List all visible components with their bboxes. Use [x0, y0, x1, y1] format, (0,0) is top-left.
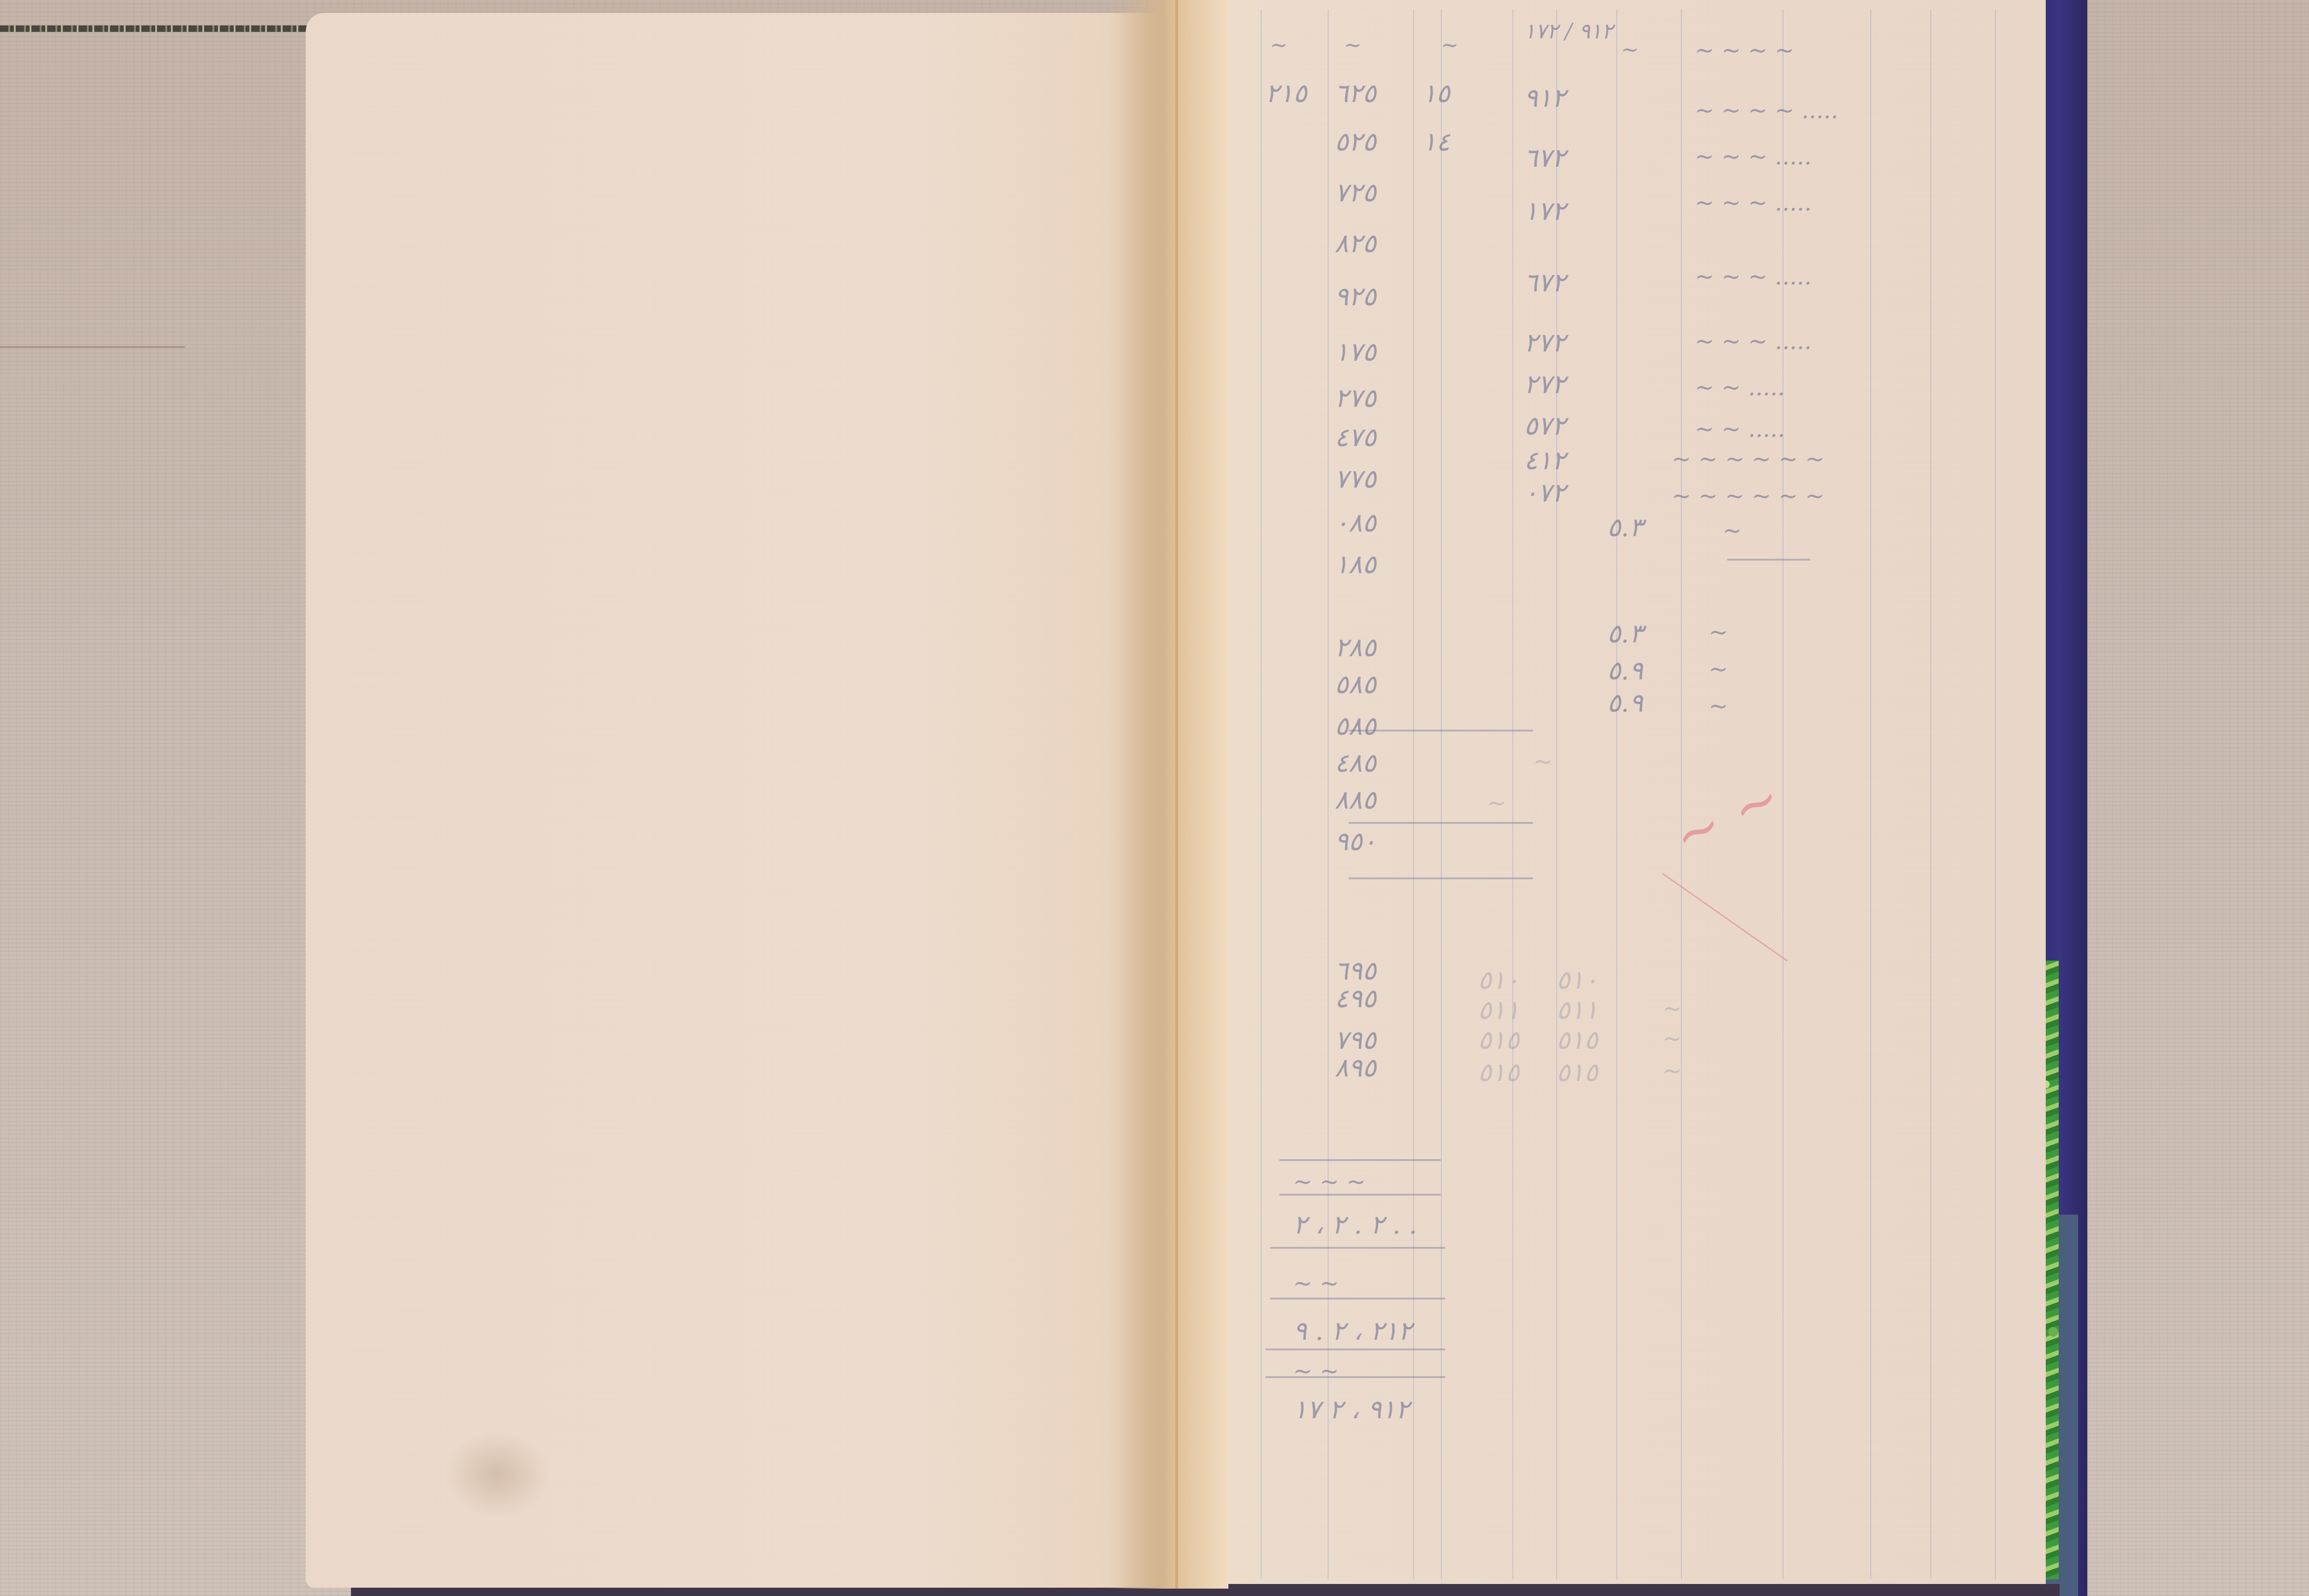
- column-rule: [1995, 9, 1996, 1579]
- cell: ٧٢٥: [1335, 178, 1376, 208]
- summary-value: ٩١٢ ، ٢ ١٧: [1293, 1395, 1409, 1425]
- cell: ٩٥٠: [1335, 827, 1376, 857]
- cell: ~: [1723, 517, 1742, 544]
- cell: ٥.٣: [1607, 619, 1643, 649]
- cell: ٩٢٥: [1335, 282, 1376, 312]
- cell: ١٧٢: [1524, 196, 1566, 226]
- summary-rule: [1270, 1298, 1445, 1300]
- gutter-fold: [1175, 0, 1178, 1589]
- cell: ..... ~ ~ ~: [1695, 143, 1812, 170]
- cell: ٥١٥: [1478, 1025, 1519, 1055]
- cell: ٢٧٢: [1524, 328, 1566, 358]
- column-rule: [1783, 9, 1783, 1579]
- cell: ٦٧٢: [1524, 268, 1566, 298]
- cell: ~: [1487, 790, 1506, 816]
- cell: ~: [1709, 619, 1728, 646]
- section-rule: [1348, 822, 1533, 824]
- cell: ..... ~ ~: [1695, 374, 1785, 401]
- cell: ١٨٥: [1335, 550, 1376, 580]
- cell: ١٥: [1422, 79, 1450, 109]
- cell: ٥١٥: [1478, 1058, 1519, 1088]
- header-description: ~ ~ ~ ~: [1695, 37, 1794, 64]
- cell: ٤٨٥: [1335, 748, 1376, 778]
- cell: ~: [1662, 1025, 1682, 1052]
- cell: ٠٨٥: [1335, 508, 1376, 538]
- cell: ٧٧٥: [1335, 464, 1376, 494]
- header-col-4: ٩١٢ / ١٧٢: [1524, 18, 1613, 43]
- ledger-table: ~ ~ ~ ٩١٢ / ١٧٢ ~ ~ ~ ~ ~ ٢١٥ ٦٢٥ ١٥ ٩١٢…: [1256, 9, 2050, 1579]
- column-rule: [1413, 9, 1414, 1579]
- cell: ٥١٠: [1556, 965, 1598, 995]
- underline: [1727, 559, 1810, 561]
- column-rule: [1512, 9, 1513, 1579]
- cell: ٦٩٥: [1335, 956, 1376, 986]
- left-page: [306, 13, 1165, 1588]
- cell: ..... ~ ~ ~: [1695, 328, 1812, 355]
- column-rule: [1556, 9, 1557, 1579]
- section-rule: [1348, 730, 1533, 731]
- cell: ~: [1662, 1058, 1682, 1084]
- cell: ٢٧٥: [1335, 383, 1376, 413]
- cell: ~ ~ ~ ~ ~ ~: [1672, 483, 1825, 509]
- summary-rule: [1265, 1348, 1445, 1350]
- header-col-3: ~: [1441, 32, 1459, 57]
- header-col-5: ~: [1621, 37, 1639, 62]
- cell: ٧٩٥: [1335, 1025, 1376, 1055]
- cell: ٦٧٢: [1524, 143, 1566, 173]
- cell: ٨٢٥: [1335, 229, 1376, 259]
- cell: ~: [1662, 995, 1682, 1022]
- cell: ٠٧٢: [1524, 478, 1566, 508]
- book-gutter: [1108, 0, 1228, 1589]
- summary-label: ~ ~: [1293, 1358, 1339, 1384]
- summary-rule: [1270, 1247, 1445, 1249]
- stain: [444, 1431, 550, 1518]
- header-col-1: ~: [1270, 32, 1288, 57]
- cell: ١٧٥: [1335, 337, 1376, 367]
- summary-value: ٢١٢ ، ٢ . ٩: [1293, 1316, 1412, 1346]
- summary-rule: [1279, 1159, 1441, 1161]
- cell: ٢٨٥: [1335, 633, 1376, 663]
- column-rule: [1930, 9, 1931, 1579]
- cell: ١٤: [1422, 127, 1450, 157]
- cell: ٥.٩: [1607, 688, 1643, 718]
- cell: ٥١١: [1556, 995, 1598, 1025]
- cell: ٥٧٢: [1524, 411, 1566, 441]
- cell: ..... ~ ~ ~ ~: [1695, 97, 1838, 124]
- section-rule: [1348, 877, 1533, 879]
- column-rule: [1681, 9, 1682, 1579]
- cell: ٥٨٥: [1335, 711, 1376, 741]
- cell: ..... ~ ~ ~: [1695, 263, 1812, 290]
- cell: ٥.٣: [1607, 513, 1643, 543]
- cell: ~: [1709, 656, 1728, 683]
- column-rule: [1261, 9, 1262, 1579]
- cell: ٦٢٥: [1335, 79, 1376, 109]
- cell: ٨٨٥: [1335, 785, 1376, 815]
- cell: ٢٧٢: [1524, 369, 1566, 399]
- cell: ٥١٠: [1478, 965, 1519, 995]
- summary-value: ٢ . ٢ ، ٢ . .: [1293, 1210, 1417, 1240]
- summary-label: ~ ~ ~: [1293, 1168, 1366, 1195]
- table-scratch: [0, 346, 185, 348]
- red-pencil-annotation: ~ ~: [1663, 765, 1791, 870]
- cell: ..... ~ ~ ~: [1695, 189, 1812, 216]
- cell: ٩١٢: [1524, 83, 1566, 113]
- cell: ٥٨٥: [1335, 670, 1376, 700]
- printed-strip: [0, 25, 307, 32]
- cell: ٤١٢: [1524, 446, 1566, 476]
- cell: ٥١١: [1478, 995, 1519, 1025]
- column-rule: [1616, 9, 1617, 1579]
- cell: ~ ~ ~ ~ ~ ~: [1672, 446, 1825, 472]
- column-rule: [1441, 9, 1442, 1579]
- cell: ~: [1533, 748, 1553, 775]
- header-col-2: ~: [1344, 32, 1362, 57]
- cell: ٥.٩: [1607, 656, 1643, 686]
- summary-label: ~ ~: [1293, 1270, 1339, 1297]
- cell: ٤٩٥: [1335, 984, 1376, 1014]
- cell: ٥١٥: [1556, 1025, 1598, 1055]
- cell: ٨٩٥: [1335, 1053, 1376, 1083]
- cell: ..... ~ ~: [1695, 416, 1785, 442]
- summary-rule: [1265, 1376, 1445, 1378]
- cell: ~: [1709, 693, 1728, 719]
- cell: ٥١٥: [1556, 1058, 1598, 1088]
- cell: ٤٧٥: [1335, 423, 1376, 453]
- summary-rule: [1279, 1194, 1441, 1196]
- column-rule: [1870, 9, 1871, 1579]
- cell: ٢١٥: [1265, 79, 1307, 109]
- cell: ٥٢٥: [1335, 127, 1376, 157]
